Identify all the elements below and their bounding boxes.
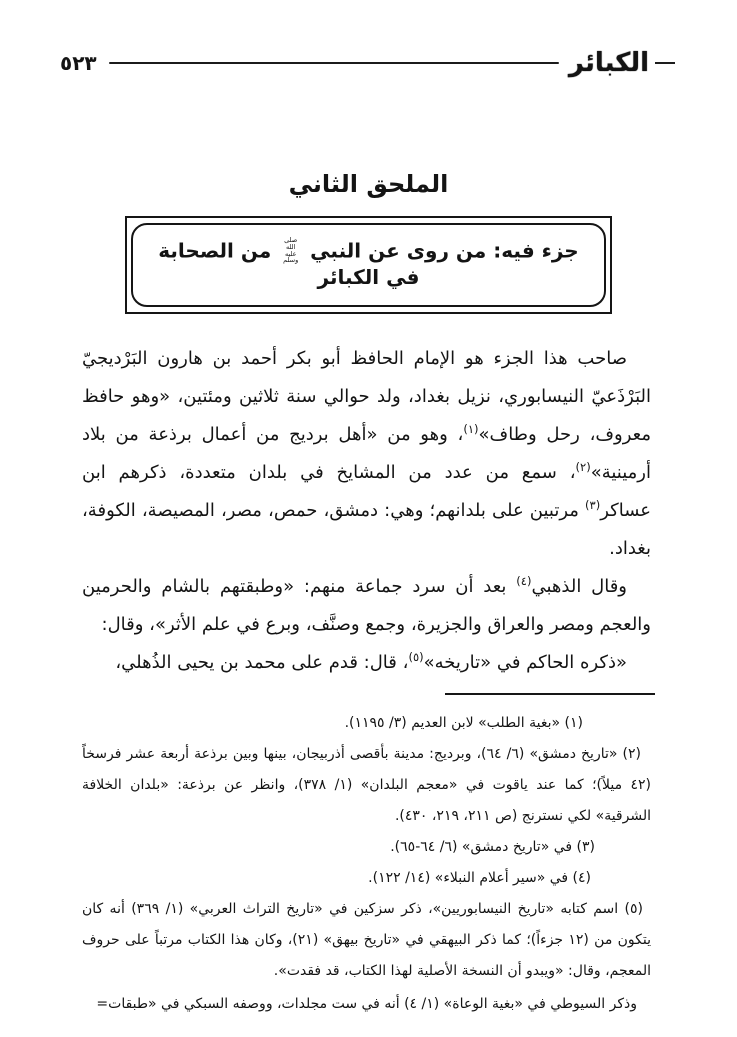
page-number: ٥٢٣	[60, 51, 97, 75]
footnote-ref: (٣)	[585, 498, 600, 512]
page-content: صاحب هذا الجزء هو الإمام الحافظ أبو بكر …	[0, 314, 737, 1020]
footnote-item: (٥) اسم كتابه «تاريخ النيسابوريين»، ذكر …	[82, 894, 651, 987]
footnote-separator	[445, 693, 655, 695]
footnote-item: (٣) في «تاريخ دمشق» (٦/ ٦٤-٦٥).	[82, 832, 651, 863]
footnote-ref: (٢)	[576, 460, 591, 474]
footnote-item: (٤) في «سير أعلام النبلاء» (١٤/ ١٢٢).	[82, 863, 651, 894]
body-paragraph: «ذكره الحاكم في «تاريخه»(٥)، قال: قدم عل…	[82, 644, 651, 682]
body-paragraph: وقال الذهبي(٤) بعد أن سرد جماعة منهم: «و…	[82, 568, 651, 644]
footnote-ref: (٤)	[516, 574, 531, 588]
footnotes-list: (١) «بغية الطلب» لابن العديم (٣/ ١١٩٥).(…	[82, 708, 651, 1020]
footnote-item: (١) «بغية الطلب» لابن العديم (٣/ ١١٩٥).	[82, 708, 651, 739]
page-header: الكبائر ٥٢٣	[0, 0, 737, 78]
footnote-item: (٢) «تاريخ دمشق» (٦/ ٦٤)، وبرديج: مدينة …	[82, 739, 651, 832]
footnote-ref: (٥)	[408, 650, 423, 664]
header-rule	[109, 62, 559, 64]
book-title-calligraphy: الكبائر	[569, 48, 649, 78]
book-page: الكبائر ٥٢٣ الملحق الثاني جزء فيه: من رو…	[0, 0, 737, 1037]
body-paragraph: صاحب هذا الجزء هو الإمام الحافظ أبو بكر …	[82, 340, 651, 568]
body-text: صاحب هذا الجزء هو الإمام الحافظ أبو بكر …	[82, 340, 651, 682]
pbuh-symbol: صلى الله عليه وسلم	[280, 237, 301, 264]
boxed-title: جزء فيه: من روى عن النبي صلى الله عليه و…	[131, 223, 606, 307]
footnote-item: وذكر السيوطي في «بغية الوعاة» (١/ ٤) أنه…	[82, 989, 651, 1020]
section-title: الملحق الثاني	[0, 170, 737, 198]
footnote-ref: (١)	[463, 422, 478, 436]
boxed-title-frame: جزء فيه: من روى عن النبي صلى الله عليه و…	[125, 216, 612, 314]
header-dash-rule	[655, 62, 675, 64]
